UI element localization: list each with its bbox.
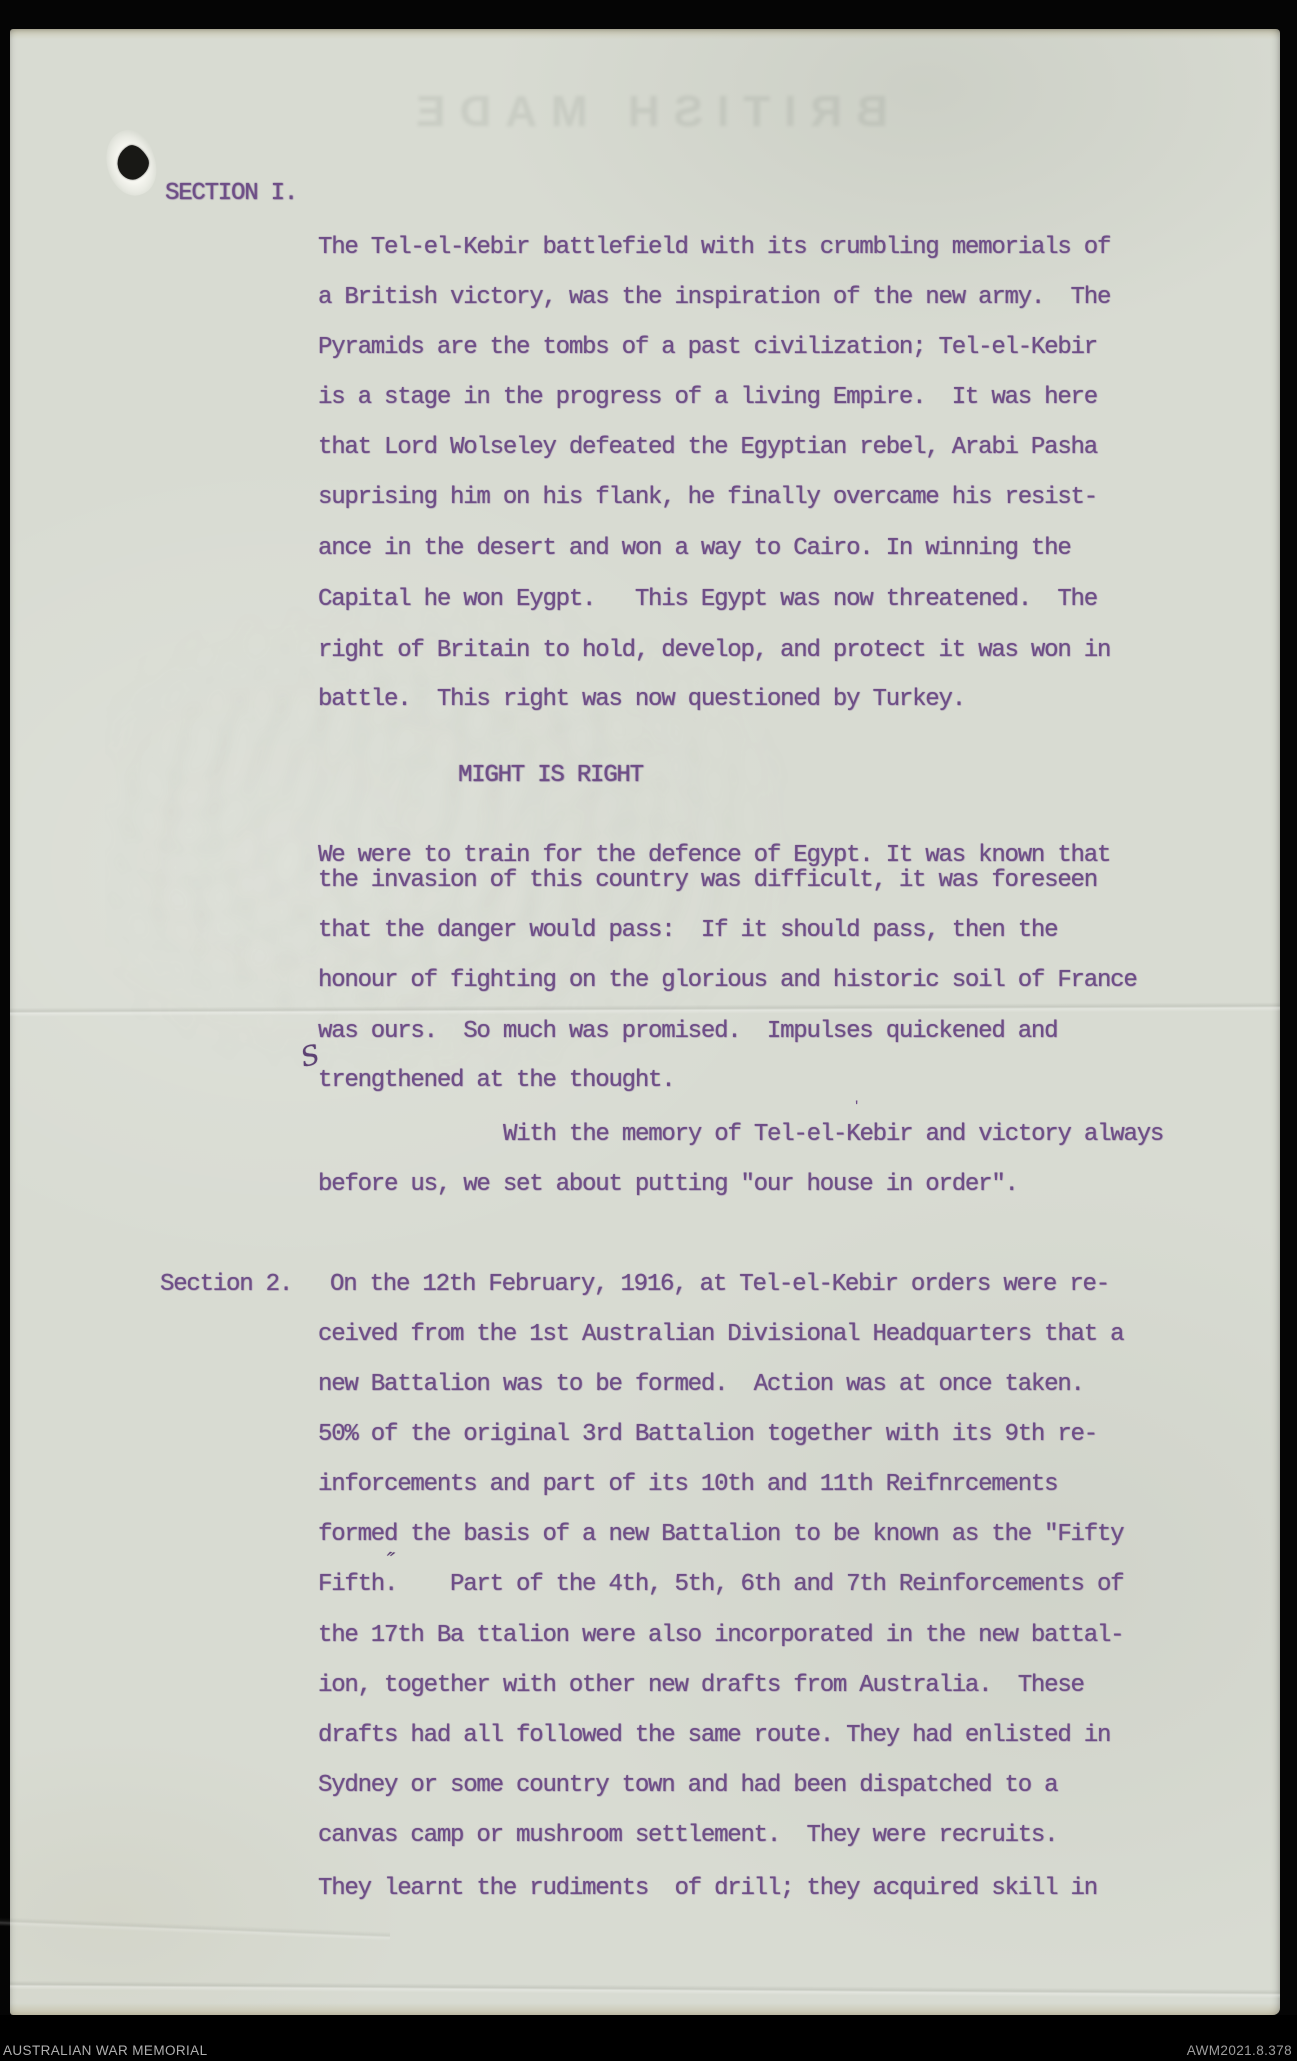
archive-name-label: AUSTRALIAN WAR MEMORIAL (3, 2043, 207, 2058)
typed-line: that the danger would pass: If it should… (318, 919, 1057, 943)
typed-line: With the memory of Tel-el-Kebir and vict… (503, 1123, 1163, 1147)
typed-line: On the 12th February, 1916, at Tel-el-Ke… (330, 1273, 1109, 1297)
typed-line: suprising him on his flank, he finally o… (318, 486, 1097, 510)
punch-hole (105, 124, 159, 200)
typed-line: trengthened at the thought. (318, 1069, 674, 1093)
typed-line: ion, together with other new drafts from… (318, 1674, 1084, 1698)
typed-line: Sydney or some country town and had been… (318, 1774, 1057, 1798)
section1-heading: SECTION I. (165, 182, 297, 206)
typed-line: They learnt the rudiments of drill; they… (318, 1877, 1097, 1901)
typed-line: 50% of the original 3rd Battalion togeth… (318, 1423, 1097, 1447)
typed-line: the 17th Ba ttalion were also incorporat… (318, 1624, 1123, 1648)
typed-line: new Battalion was to be formed. Action w… (318, 1373, 1084, 1397)
typed-line: The Tel-el-Kebir battlefield with its cr… (318, 236, 1110, 260)
document-page: BRITISH MADE SECTION I. The Tel-el-Kebir… (10, 29, 1280, 2015)
typed-line: Pyramids are the tombs of a past civiliz… (318, 336, 1097, 360)
typed-line: ceived from the 1st Australian Divisiona… (318, 1323, 1123, 1347)
typed-line: We were to train for the defence of Egyp… (318, 844, 1110, 868)
typed-line: before us, we set about putting "our hou… (318, 1173, 1018, 1197)
ghost-showthrough-blob (105, 604, 795, 1074)
typed-line: drafts had all followed the same route. … (318, 1724, 1110, 1748)
typed-line: Capital he won Eygpt. This Egypt was now… (318, 588, 1097, 612)
ghost-showthrough-text: BRITISH MADE (10, 87, 1280, 137)
might-is-right-heading: MIGHT IS RIGHT (458, 764, 643, 788)
typed-line: ance in the desert and won a way to Cair… (318, 537, 1071, 561)
typed-line: Fifth. Part of the 4th, 5th, 6th and 7th… (318, 1573, 1123, 1597)
typed-line: honour of fighting on the glorious and h… (318, 969, 1137, 993)
typed-line: right of Britain to hold, develop, and p… (318, 639, 1110, 663)
paper-crease (0, 1916, 390, 1941)
typed-line: was ours. So much was promised. Impulses… (318, 1020, 1057, 1044)
typed-line: inforcements and part of its 10th and 11… (318, 1473, 1057, 1497)
section2-label: Section 2. (160, 1273, 292, 1297)
typed-line: the invasion of this country was difficu… (318, 869, 1097, 893)
scanned-document-view: BRITISH MADE SECTION I. The Tel-el-Kebir… (0, 0, 1297, 2061)
typed-line: canvas camp or mushroom settlement. They… (318, 1824, 1057, 1848)
archive-footer: AUSTRALIAN WAR MEMORIAL AWM2021.8.378 (0, 2015, 1297, 2061)
paper-crease (10, 1981, 1280, 1999)
typed-line: that Lord Wolseley defeated the Egyptian… (318, 436, 1097, 460)
accession-number-label: AWM2021.8.378 (1187, 2043, 1292, 2058)
typed-line: is a stage in the progress of a living E… (318, 386, 1097, 410)
typed-line: a British victory, was the inspiration o… (318, 286, 1110, 310)
typed-line: formed the basis of a new Battalion to b… (318, 1523, 1123, 1547)
typed-line: battle. This right was now questioned by… (318, 688, 965, 712)
stray-ink-mark: ' (855, 1097, 858, 1117)
